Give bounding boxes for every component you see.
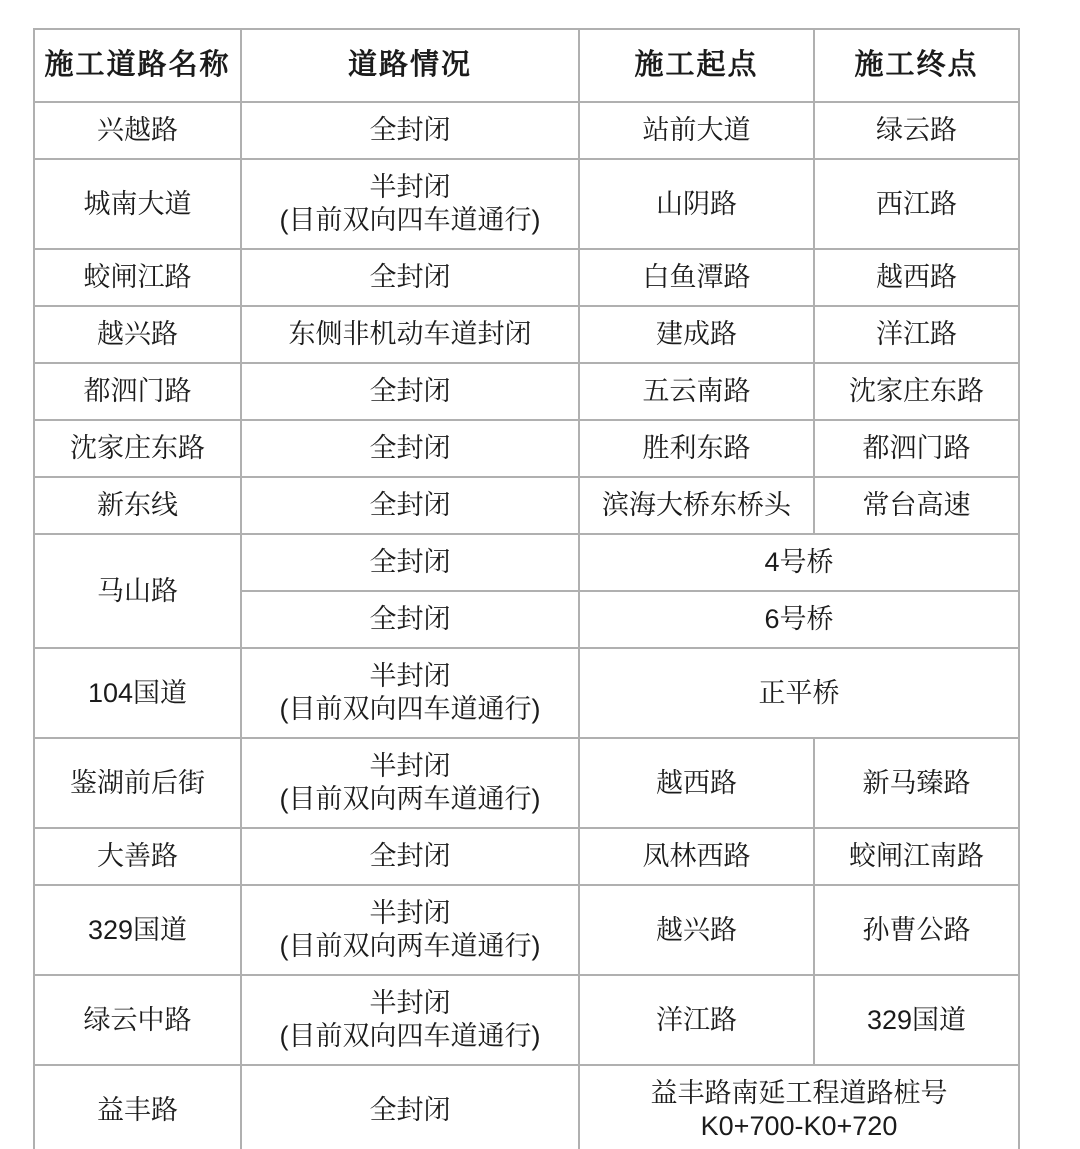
header-row: 施工道路名称 道路情况 施工起点 施工终点 bbox=[34, 29, 1019, 102]
cell-text-line: 胜利东路 bbox=[584, 432, 809, 465]
cell-r6-c4: 都泗门路 bbox=[814, 420, 1019, 477]
cell-r6-c1: 沈家庄东路 bbox=[34, 420, 241, 477]
cell-text-line: 越兴路 bbox=[39, 318, 236, 351]
cell-text-line: 全封闭 bbox=[246, 432, 574, 465]
table-row-11: 鉴湖前后街半封闭(目前双向两车道通行)越西路新马臻路 bbox=[34, 738, 1019, 828]
cell-text-line: 全封闭 bbox=[246, 840, 574, 873]
cell-text-line: 常台高速 bbox=[819, 489, 1014, 522]
cell-text-line: 山阴路 bbox=[584, 188, 809, 221]
column-header-construction-end: 施工终点 bbox=[814, 29, 1019, 102]
cell-r1-c4: 绿云路 bbox=[814, 102, 1019, 159]
cell-text-line: 全封闭 bbox=[246, 546, 574, 579]
cell-text-line: 五云南路 bbox=[584, 375, 809, 408]
cell-r7-c2: 全封闭 bbox=[241, 477, 579, 534]
cell-text-line: 全封闭 bbox=[246, 114, 574, 147]
cell-text-line: 新东线 bbox=[39, 489, 236, 522]
cell-r11-c3: 越西路 bbox=[579, 738, 814, 828]
cell-text-line: (目前双向四车道通行) bbox=[246, 693, 574, 726]
cell-r6-c3: 胜利东路 bbox=[579, 420, 814, 477]
cell-r7-c3: 滨海大桥东桥头 bbox=[579, 477, 814, 534]
cell-text-line: 沈家庄东路 bbox=[39, 432, 236, 465]
cell-text-line: 凤林西路 bbox=[584, 840, 809, 873]
cell-text-line: 越西路 bbox=[819, 261, 1014, 294]
table-row-6: 沈家庄东路全封闭胜利东路都泗门路 bbox=[34, 420, 1019, 477]
cell-text-line: (目前双向两车道通行) bbox=[246, 783, 574, 816]
cell-r14-c3: 洋江路 bbox=[579, 975, 814, 1065]
cell-text-line: 孙曹公路 bbox=[819, 914, 1014, 947]
cell-text-line: 新马臻路 bbox=[819, 767, 1014, 800]
cell-r15-c2: 全封闭 bbox=[241, 1065, 579, 1149]
cell-text-line: 西江路 bbox=[819, 188, 1014, 221]
cell-text-line: (目前双向两车道通行) bbox=[246, 930, 574, 963]
cell-r8-c2: 全封闭 bbox=[241, 534, 579, 591]
cell-r12-c4: 蛟闸江南路 bbox=[814, 828, 1019, 885]
cell-r2-c2: 半封闭(目前双向四车道通行) bbox=[241, 159, 579, 249]
table-row-15: 益丰路全封闭益丰路南延工程道路桩号K0+700-K0+720 bbox=[34, 1065, 1019, 1149]
cell-text-line: 半封闭 bbox=[246, 897, 574, 930]
cell-text-line: 蛟闸江南路 bbox=[819, 840, 1014, 873]
cell-text-line: 鉴湖前后街 bbox=[39, 767, 236, 800]
cell-text-line: 半封闭 bbox=[246, 660, 574, 693]
table-row-8: 马山路全封闭4号桥 bbox=[34, 534, 1019, 591]
cell-r1-c1: 兴越路 bbox=[34, 102, 241, 159]
cell-text-line: 兴越路 bbox=[39, 114, 236, 147]
table-row-3: 蛟闸江路全封闭白鱼潭路越西路 bbox=[34, 249, 1019, 306]
cell-r13-c3: 越兴路 bbox=[579, 885, 814, 975]
cell-text-line: 半封闭 bbox=[246, 750, 574, 783]
cell-r13-c4: 孙曹公路 bbox=[814, 885, 1019, 975]
cell-r14-c4: 329国道 bbox=[814, 975, 1019, 1065]
cell-text-line: 都泗门路 bbox=[819, 432, 1014, 465]
cell-text-line: 洋江路 bbox=[584, 1004, 809, 1037]
cell-text-line: 站前大道 bbox=[584, 114, 809, 147]
cell-text-line: 半封闭 bbox=[246, 171, 574, 204]
cell-r11-c1: 鉴湖前后街 bbox=[34, 738, 241, 828]
cell-r15-c3: 益丰路南延工程道路桩号K0+700-K0+720 bbox=[579, 1065, 1019, 1149]
cell-text-line: 益丰路 bbox=[39, 1094, 236, 1127]
cell-r7-c1: 新东线 bbox=[34, 477, 241, 534]
cell-r11-c4: 新马臻路 bbox=[814, 738, 1019, 828]
cell-text-line: 4号桥 bbox=[584, 546, 1014, 579]
cell-text-line: K0+700-K0+720 bbox=[584, 1110, 1014, 1143]
cell-text-line: 全封闭 bbox=[246, 261, 574, 294]
cell-text-line: 329国道 bbox=[39, 914, 236, 947]
cell-r11-c2: 半封闭(目前双向两车道通行) bbox=[241, 738, 579, 828]
cell-text-line: 全封闭 bbox=[246, 489, 574, 522]
cell-text-line: (目前双向四车道通行) bbox=[246, 1020, 574, 1053]
cell-r7-c4: 常台高速 bbox=[814, 477, 1019, 534]
table-row-1: 兴越路全封闭站前大道绿云路 bbox=[34, 102, 1019, 159]
table-row-12: 大善路全封闭凤林西路蛟闸江南路 bbox=[34, 828, 1019, 885]
cell-r4-c3: 建成路 bbox=[579, 306, 814, 363]
cell-r15-c1: 益丰路 bbox=[34, 1065, 241, 1149]
cell-r5-c1: 都泗门路 bbox=[34, 363, 241, 420]
cell-r10-c2: 半封闭(目前双向四车道通行) bbox=[241, 648, 579, 738]
table-row-5: 都泗门路全封闭五云南路沈家庄东路 bbox=[34, 363, 1019, 420]
column-header-road-condition: 道路情况 bbox=[241, 29, 579, 102]
cell-r1-c3: 站前大道 bbox=[579, 102, 814, 159]
cell-text-line: 越西路 bbox=[584, 767, 809, 800]
cell-r13-c1: 329国道 bbox=[34, 885, 241, 975]
cell-text-line: 半封闭 bbox=[246, 987, 574, 1020]
cell-text-line: 东侧非机动车道封闭 bbox=[246, 318, 574, 351]
cell-r10-c3: 正平桥 bbox=[579, 648, 1019, 738]
cell-text-line: 大善路 bbox=[39, 840, 236, 873]
construction-roads-table: 施工道路名称 道路情况 施工起点 施工终点 兴越路全封闭站前大道绿云路城南大道半… bbox=[33, 28, 1020, 1149]
cell-r13-c2: 半封闭(目前双向两车道通行) bbox=[241, 885, 579, 975]
cell-text-line: 滨海大桥东桥头 bbox=[584, 489, 809, 522]
cell-r9-c1: 全封闭 bbox=[241, 591, 579, 648]
cell-r12-c1: 大善路 bbox=[34, 828, 241, 885]
cell-text-line: 绿云中路 bbox=[39, 1004, 236, 1037]
table-row-13: 329国道半封闭(目前双向两车道通行)越兴路孙曹公路 bbox=[34, 885, 1019, 975]
cell-r4-c4: 洋江路 bbox=[814, 306, 1019, 363]
cell-text-line: 城南大道 bbox=[39, 188, 236, 221]
cell-r3-c2: 全封闭 bbox=[241, 249, 579, 306]
cell-r3-c4: 越西路 bbox=[814, 249, 1019, 306]
cell-text-line: 全封闭 bbox=[246, 375, 574, 408]
cell-r5-c2: 全封闭 bbox=[241, 363, 579, 420]
cell-r2-c3: 山阴路 bbox=[579, 159, 814, 249]
column-header-construction-start: 施工起点 bbox=[579, 29, 814, 102]
table-body: 兴越路全封闭站前大道绿云路城南大道半封闭(目前双向四车道通行)山阴路西江路蛟闸江… bbox=[34, 102, 1019, 1149]
table-row-4: 越兴路东侧非机动车道封闭建成路洋江路 bbox=[34, 306, 1019, 363]
cell-text-line: 6号桥 bbox=[584, 603, 1014, 636]
table-row-2: 城南大道半封闭(目前双向四车道通行)山阴路西江路 bbox=[34, 159, 1019, 249]
cell-r14-c1: 绿云中路 bbox=[34, 975, 241, 1065]
column-header-road-name: 施工道路名称 bbox=[34, 29, 241, 102]
cell-text-line: 329国道 bbox=[819, 1004, 1014, 1037]
cell-text-line: 都泗门路 bbox=[39, 375, 236, 408]
cell-text-line: 沈家庄东路 bbox=[819, 375, 1014, 408]
cell-text-line: 104国道 bbox=[39, 677, 236, 710]
cell-text-line: 马山路 bbox=[39, 575, 236, 608]
cell-text-line: 正平桥 bbox=[584, 677, 1014, 710]
cell-text-line: 全封闭 bbox=[246, 603, 574, 636]
table-row-7: 新东线全封闭滨海大桥东桥头常台高速 bbox=[34, 477, 1019, 534]
cell-r2-c4: 西江路 bbox=[814, 159, 1019, 249]
cell-r1-c2: 全封闭 bbox=[241, 102, 579, 159]
cell-r8-c3: 4号桥 bbox=[579, 534, 1019, 591]
cell-text-line: 益丰路南延工程道路桩号 bbox=[584, 1077, 1014, 1110]
cell-r4-c1: 越兴路 bbox=[34, 306, 241, 363]
cell-r14-c2: 半封闭(目前双向四车道通行) bbox=[241, 975, 579, 1065]
cell-text-line: 洋江路 bbox=[819, 318, 1014, 351]
cell-r9-c2: 6号桥 bbox=[579, 591, 1019, 648]
cell-r8-c1: 马山路 bbox=[34, 534, 241, 648]
cell-text-line: 白鱼潭路 bbox=[584, 261, 809, 294]
cell-text-line: 全封闭 bbox=[246, 1094, 574, 1127]
cell-r3-c3: 白鱼潭路 bbox=[579, 249, 814, 306]
cell-r12-c3: 凤林西路 bbox=[579, 828, 814, 885]
cell-r10-c1: 104国道 bbox=[34, 648, 241, 738]
page: 施工道路名称 道路情况 施工起点 施工终点 兴越路全封闭站前大道绿云路城南大道半… bbox=[0, 0, 1080, 1149]
cell-r3-c1: 蛟闸江路 bbox=[34, 249, 241, 306]
table-row-14: 绿云中路半封闭(目前双向四车道通行)洋江路329国道 bbox=[34, 975, 1019, 1065]
cell-r5-c4: 沈家庄东路 bbox=[814, 363, 1019, 420]
cell-text-line: 越兴路 bbox=[584, 914, 809, 947]
cell-r6-c2: 全封闭 bbox=[241, 420, 579, 477]
cell-r4-c2: 东侧非机动车道封闭 bbox=[241, 306, 579, 363]
cell-text-line: (目前双向四车道通行) bbox=[246, 204, 574, 237]
table-row-10: 104国道半封闭(目前双向四车道通行)正平桥 bbox=[34, 648, 1019, 738]
cell-r5-c3: 五云南路 bbox=[579, 363, 814, 420]
cell-text-line: 建成路 bbox=[584, 318, 809, 351]
cell-r2-c1: 城南大道 bbox=[34, 159, 241, 249]
cell-text-line: 绿云路 bbox=[819, 114, 1014, 147]
cell-text-line: 蛟闸江路 bbox=[39, 261, 236, 294]
cell-r12-c2: 全封闭 bbox=[241, 828, 579, 885]
